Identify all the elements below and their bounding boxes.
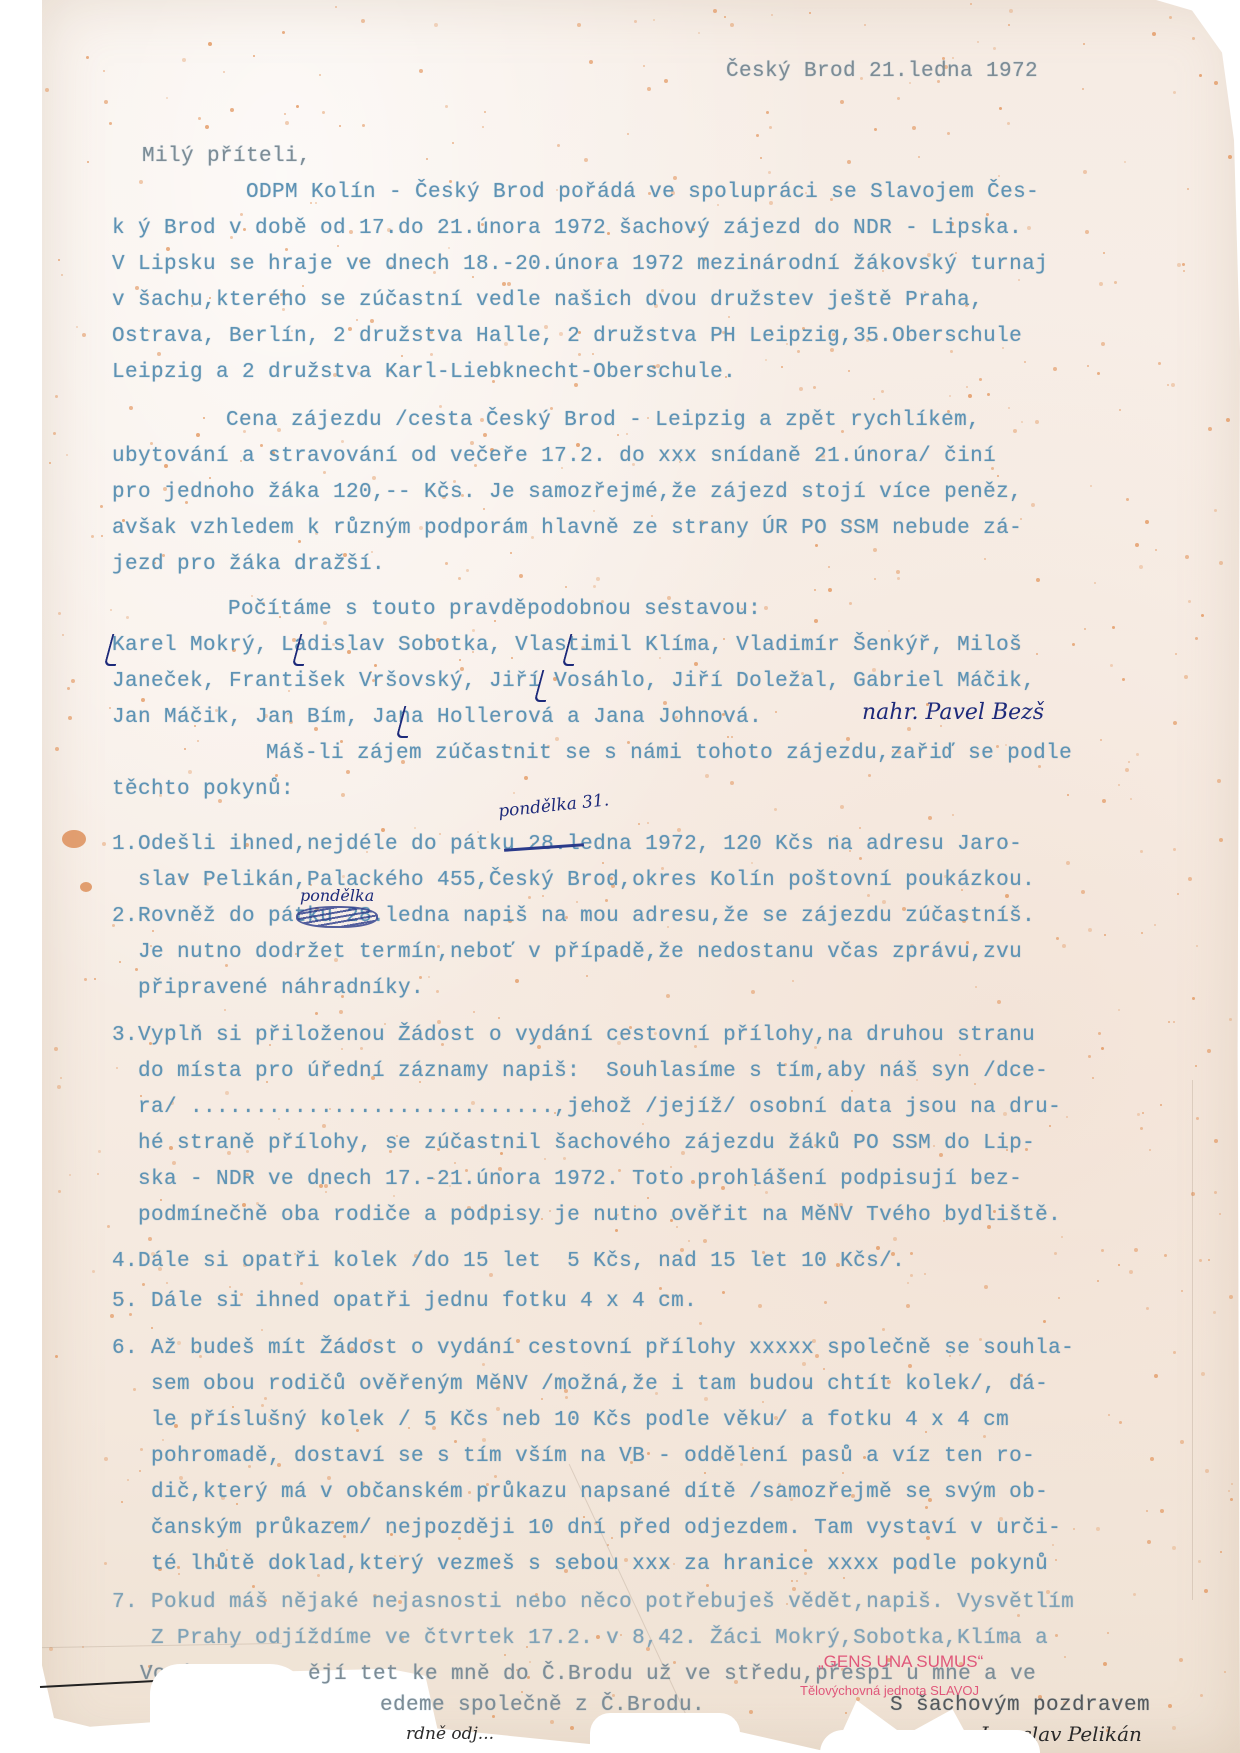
rust-speck — [325, 1191, 327, 1193]
rust-speck — [563, 1157, 566, 1160]
rust-speck — [983, 1435, 986, 1438]
rust-speck — [1137, 1113, 1140, 1116]
rust-speck — [1208, 427, 1212, 431]
rust-speck — [830, 348, 834, 352]
rust-speck — [452, 142, 454, 144]
rust-speck — [341, 1048, 343, 1050]
rust-speck — [1142, 1112, 1144, 1114]
instruction-line: slav Pelikán,Palackého 455,Český Brod,ok… — [112, 869, 1035, 892]
rust-speck — [110, 609, 112, 611]
rust-speck — [53, 432, 56, 435]
rust-speck — [430, 353, 433, 356]
rust-speck — [341, 440, 344, 443]
rust-speck — [515, 979, 519, 983]
rust-speck — [1099, 282, 1103, 286]
rust-speck — [188, 770, 192, 774]
rust-speck — [504, 1654, 506, 1656]
rust-speck — [1140, 850, 1143, 853]
rust-speck — [893, 1237, 897, 1241]
rust-speck — [774, 808, 777, 811]
rust-speck — [341, 793, 345, 797]
rust-speck — [166, 247, 170, 251]
rust-speck — [1199, 1259, 1202, 1262]
rust-speck — [765, 359, 767, 361]
rust-speck — [751, 862, 753, 864]
rust-speck — [952, 814, 954, 816]
rust-speck — [507, 282, 511, 286]
rust-speck — [845, 1712, 847, 1714]
rust-speck — [968, 394, 972, 398]
rust-speck — [925, 1506, 928, 1509]
rust-speck — [1182, 263, 1185, 266]
rust-speck — [1192, 37, 1195, 40]
rust-speck — [152, 930, 154, 932]
rust-speck — [1198, 1560, 1201, 1563]
rust-speck — [906, 1304, 910, 1308]
rust-speck — [704, 1397, 708, 1401]
paragraph2-line: Cena zájezdu /cesta Český Brod - Leipzig… — [122, 409, 980, 432]
handwritten-correction: pondělka — [300, 886, 374, 905]
rust-speck — [771, 14, 773, 16]
rust-speck — [162, 1439, 164, 1441]
rust-speck — [322, 1124, 326, 1128]
rust-speck — [802, 1362, 806, 1366]
rust-speck — [647, 1197, 649, 1199]
rust-speck — [1195, 1065, 1197, 1067]
rust-speck — [768, 171, 771, 174]
rust-speck — [1173, 91, 1176, 94]
rust-speck — [570, 1726, 574, 1730]
rust-speck — [1160, 1509, 1164, 1513]
rust-speck — [947, 132, 950, 135]
rust-speck — [792, 980, 794, 982]
rust-speck — [847, 160, 851, 164]
rust-speck — [797, 350, 800, 353]
rust-speck — [565, 586, 567, 588]
paragraph1-line: k ý Brod v době od 17.do 21.února 1972 š… — [112, 217, 1022, 240]
rust-speck — [1134, 1248, 1138, 1252]
rust-speck — [814, 589, 816, 591]
rust-speck — [362, 124, 365, 127]
rust-speck — [436, 990, 439, 993]
rust-speck — [426, 158, 428, 160]
rust-speck — [60, 1077, 62, 1079]
rust-speck — [897, 577, 900, 580]
rust-speck — [97, 1173, 99, 1175]
rust-speck — [439, 405, 442, 408]
rust-speck — [182, 58, 186, 62]
rust-speck — [110, 1314, 114, 1318]
rust-speck — [584, 158, 588, 162]
rust-speck — [502, 282, 506, 286]
rust-speck — [1158, 362, 1161, 365]
rust-speck — [1108, 1414, 1110, 1416]
rust-speck — [104, 100, 108, 104]
rust-speck — [454, 1162, 456, 1164]
rust-speck — [521, 1691, 523, 1693]
rust-speck — [1009, 9, 1013, 13]
paragraph4-line: těchto pokynů: — [112, 778, 294, 801]
rust-speck — [888, 630, 890, 632]
instruction-line: le příslušný kolek / 5 Kčs neb 10 Kčs po… — [112, 1409, 1009, 1432]
rust-speck — [1125, 768, 1129, 772]
rust-speck — [986, 213, 989, 216]
rust-speck — [1172, 1546, 1176, 1550]
rust-speck — [705, 774, 709, 778]
rust-speck — [949, 395, 951, 397]
rust-speck — [148, 1237, 152, 1241]
rust-speck — [1214, 81, 1218, 85]
rust-speck — [45, 88, 49, 92]
rust-speck — [459, 659, 461, 661]
rust-speck — [1173, 1021, 1175, 1023]
rust-speck — [445, 562, 448, 565]
rust-speck — [1090, 485, 1092, 487]
rust-speck — [107, 1225, 110, 1228]
paragraph2-line: pro jednoho žáka 120,-- Kčs. Je samozřej… — [112, 481, 1022, 504]
rust-speck — [101, 535, 103, 537]
rust-speck — [1098, 1032, 1101, 1035]
rust-speck — [91, 535, 94, 538]
rust-speck — [544, 1158, 546, 1160]
rust-speck — [840, 805, 844, 809]
rust-speck — [1005, 894, 1009, 898]
rust-speck — [482, 126, 484, 128]
rust-speck — [1196, 945, 1198, 947]
rust-speck — [1150, 1457, 1154, 1461]
rust-speck — [224, 1009, 226, 1011]
rust-speck — [577, 23, 581, 27]
rust-speck — [647, 822, 649, 824]
rust-speck — [882, 900, 886, 904]
rust-speck — [428, 976, 430, 978]
paragraph1-line: ODPM Kolín - Český Brod pořádá ve spolup… — [142, 181, 1039, 204]
paragraph1-line: Ostrava, Berlín, 2 družstva Halle, 2 dru… — [112, 325, 1022, 348]
rust-speck — [912, 126, 916, 130]
rust-speck — [372, 476, 376, 480]
rust-speck — [1192, 997, 1195, 1000]
rust-speck — [1103, 1662, 1107, 1666]
rust-speck — [874, 578, 876, 580]
rust-speck — [698, 32, 700, 34]
rust-speck — [473, 1011, 475, 1013]
rust-speck — [253, 55, 255, 57]
rust-speck — [94, 1735, 96, 1737]
rust-speck — [1154, 924, 1156, 926]
rust-speck — [663, 701, 667, 705]
rust-speck — [1224, 1671, 1226, 1673]
rust-speck — [100, 505, 103, 508]
handwritten-note: rdně odj... — [406, 1724, 494, 1744]
rust-speck — [910, 1274, 913, 1277]
rust-speck — [135, 968, 138, 971]
rust-speck — [842, 1472, 844, 1474]
rust-speck — [1228, 1490, 1230, 1492]
rust-speck — [1100, 739, 1102, 741]
instruction-line: 6. Až budeš mít Žádost o vydání cestovní… — [112, 1337, 1074, 1360]
rust-speck — [1205, 1469, 1209, 1473]
instruction-line: té lhůtě doklad,který vezmeš s sebou xxx… — [112, 1553, 1048, 1576]
rust-speck — [1122, 678, 1125, 681]
rust-speck — [999, 107, 1002, 110]
rust-speck — [1179, 1658, 1183, 1662]
rust-speck — [975, 986, 977, 988]
rust-speck — [851, 1090, 853, 1092]
rust-speck — [1064, 1656, 1066, 1658]
rust-speck — [1107, 1632, 1109, 1634]
rust-speck — [1118, 1264, 1120, 1266]
rust-speck — [1214, 1191, 1217, 1194]
rust-speck — [482, 1363, 485, 1366]
rust-speck — [592, 353, 594, 355]
rust-speck — [987, 393, 990, 396]
rust-speck — [1103, 252, 1105, 254]
rust-speck — [1052, 1544, 1054, 1546]
rust-speck — [1056, 937, 1059, 940]
rust-speck — [225, 964, 228, 967]
rust-speck — [1055, 1559, 1057, 1561]
stamp-motto: „GENS UNA SUMUS“ — [818, 1652, 983, 1672]
rust-speck — [859, 827, 861, 829]
paragraph2-line: jezd pro žáka dražší. — [112, 553, 385, 576]
rust-speck — [813, 386, 816, 389]
rust-speck — [356, 319, 358, 321]
rust-speck — [282, 31, 285, 34]
rust-speck — [1097, 1280, 1099, 1282]
rust-speck — [984, 558, 986, 560]
rust-speck — [993, 47, 996, 50]
torn-hole — [590, 1713, 740, 1753]
rust-speck — [513, 792, 515, 794]
rust-speck — [103, 70, 105, 72]
rust-speck — [70, 1736, 74, 1740]
rust-speck — [1082, 88, 1084, 90]
rust-speck — [727, 736, 729, 738]
rust-speck — [1168, 1704, 1172, 1708]
rust-stain — [80, 882, 92, 892]
instruction-line: sem obou rodičů ověřeným MěNV /možná,že … — [112, 1373, 1048, 1396]
rust-speck — [337, 245, 339, 247]
rust-speck — [804, 1549, 807, 1552]
rust-speck — [71, 679, 75, 683]
instruction-line: 5. Dále si ihned opatři jednu fotku 4 x … — [112, 1290, 697, 1313]
rust-speck — [1229, 1295, 1233, 1299]
rust-speck — [791, 1580, 793, 1582]
rust-speck — [1096, 1527, 1100, 1531]
rust-speck — [327, 1476, 331, 1480]
rust-speck — [1140, 1127, 1143, 1130]
rust-speck — [86, 56, 89, 59]
rust-speck — [730, 781, 734, 785]
rust-speck — [664, 79, 668, 83]
rust-speck — [104, 1562, 107, 1565]
rust-speck — [730, 23, 734, 27]
rust-speck — [653, 19, 655, 21]
rust-speck — [542, 895, 544, 897]
rust-speck — [728, 316, 730, 318]
rust-speck — [1177, 893, 1179, 895]
rust-speck — [593, 510, 595, 512]
rust-speck — [828, 566, 830, 568]
rust-speck — [401, 355, 403, 357]
rust-speck — [58, 612, 61, 615]
rust-speck — [873, 398, 875, 400]
instruction-line: 7. Pokud máš nějaké nejasnosti nebo něco… — [112, 1591, 1074, 1614]
rust-speck — [706, 1584, 709, 1587]
rust-speck — [1177, 263, 1181, 267]
rust-speck — [1160, 1104, 1162, 1106]
rust-speck — [482, 1438, 486, 1442]
rust-speck — [1146, 1510, 1148, 1512]
rust-speck — [703, 1239, 707, 1243]
rust-speck — [196, 433, 200, 437]
rust-speck — [76, 326, 78, 328]
rust-speck — [823, 1368, 825, 1370]
rust-speck — [261, 1329, 263, 1331]
rust-speck — [1073, 1528, 1075, 1530]
rust-speck — [626, 433, 628, 435]
rust-speck — [285, 248, 288, 251]
rust-speck — [970, 3, 972, 5]
rust-speck — [374, 664, 377, 667]
rust-speck — [1066, 861, 1070, 865]
rust-speck — [1220, 1551, 1222, 1553]
rust-speck — [1173, 848, 1176, 851]
rust-speck — [634, 20, 637, 23]
rust-speck — [1226, 418, 1230, 422]
instruction-line: 4.Dále si opatři kolek /do 15 let 5 Kčs,… — [112, 1250, 905, 1273]
rust-speck — [666, 994, 670, 998]
rust-speck — [285, 121, 289, 125]
rust-speck — [809, 12, 811, 14]
instruction-line: podmínečně oba rodiče a podpisy je nutno… — [112, 1204, 1061, 1227]
rust-speck — [498, 1017, 500, 1019]
rust-speck — [713, 9, 717, 13]
rust-speck — [1043, 1320, 1046, 1323]
rust-speck — [859, 857, 862, 860]
rust-speck — [1036, 578, 1040, 582]
rust-speck — [589, 60, 593, 64]
rust-speck — [494, 1475, 497, 1478]
rust-speck — [1008, 407, 1010, 409]
rust-speck — [704, 1472, 706, 1474]
rust-speck — [296, 105, 299, 108]
rust-speck — [1228, 155, 1232, 159]
rust-speck — [908, 1364, 912, 1368]
rust-speck — [997, 475, 999, 477]
rust-speck — [445, 105, 448, 108]
rust-speck — [974, 1083, 976, 1085]
rust-speck — [1085, 230, 1089, 234]
rust-speck — [129, 1313, 132, 1316]
instruction-line: hé straně přílohy, se zúčastnil šachovéh… — [112, 1132, 1035, 1155]
rust-speck — [102, 842, 106, 846]
rust-speck — [1119, 409, 1121, 411]
rust-speck — [98, 1150, 101, 1153]
rust-speck — [92, 1270, 95, 1273]
rust-speck — [896, 570, 900, 574]
rust-speck — [998, 175, 1000, 177]
paragraph2-line: avšak vzhledem k různým podporám hlavně … — [112, 517, 1022, 540]
rust-speck — [1155, 549, 1157, 551]
rust-speck — [694, 662, 698, 666]
rust-speck — [615, 1229, 618, 1232]
rust-speck — [840, 100, 844, 104]
rust-speck — [724, 16, 726, 18]
instruction-line: Je nutno dodržet termín,neboť v případě,… — [112, 941, 1022, 964]
rust-speck — [940, 725, 942, 727]
rust-speck — [1126, 498, 1129, 501]
rust-speck — [49, 462, 51, 464]
rust-speck — [1124, 161, 1126, 163]
rust-speck — [769, 126, 772, 129]
rust-speck — [1141, 932, 1143, 934]
rust-speck — [226, 1549, 228, 1551]
rust-speck — [997, 1000, 1001, 1004]
torn-hole — [150, 1664, 310, 1753]
paragraph1-line: v šachu,kterého se zúčastní vedle našich… — [112, 289, 983, 312]
rust-speck — [762, 1401, 764, 1403]
rust-speck — [756, 134, 759, 137]
rust-speck — [160, 1199, 162, 1201]
rust-speck — [659, 657, 661, 659]
team-list-line: Jan Máčik, Jan Bím, Jana Hollerová a Jan… — [112, 706, 762, 729]
rust-speck — [881, 390, 884, 393]
rust-speck — [1036, 653, 1038, 655]
rust-speck — [959, 1054, 961, 1056]
rust-speck — [157, 352, 161, 356]
rust-speck — [1119, 1421, 1122, 1424]
rust-speck — [1167, 384, 1169, 386]
rust-speck — [897, 97, 900, 100]
instruction-line: 3.Vyplň si přiloženou Žádost o vydání ce… — [112, 1024, 1035, 1047]
rust-speck — [230, 108, 234, 112]
rust-speck — [874, 128, 877, 131]
rust-speck — [828, 588, 832, 592]
rust-speck — [1021, 421, 1023, 423]
rust-speck — [907, 1282, 909, 1284]
rust-speck — [984, 1285, 988, 1289]
rust-speck — [300, 1282, 303, 1285]
rust-speck — [1118, 784, 1120, 786]
rust-speck — [1062, 944, 1066, 948]
rust-speck — [1145, 520, 1149, 524]
paper-crease — [1192, 1080, 1193, 1600]
rust-speck — [1204, 1589, 1208, 1593]
rust-speck — [66, 454, 68, 456]
rust-speck — [1054, 1252, 1057, 1255]
rust-speck — [722, 1291, 725, 1294]
rust-speck — [550, 1720, 554, 1724]
rust-speck — [223, 71, 225, 73]
rust-speck — [1035, 420, 1039, 424]
rust-speck — [381, 828, 385, 832]
rust-speck — [524, 776, 528, 780]
rust-speck — [519, 574, 523, 578]
rust-speck — [510, 552, 512, 554]
rust-speck — [104, 1457, 108, 1461]
rust-speck — [1173, 1351, 1176, 1354]
rust-speck — [225, 1091, 229, 1095]
rust-speck — [1208, 1259, 1210, 1261]
rust-speck — [824, 1301, 827, 1304]
rust-speck — [209, 477, 211, 479]
rust-speck — [1184, 675, 1188, 679]
rust-speck — [166, 97, 168, 99]
rust-speck — [751, 990, 755, 994]
rust-speck — [557, 144, 560, 147]
rust-speck — [1139, 565, 1143, 569]
